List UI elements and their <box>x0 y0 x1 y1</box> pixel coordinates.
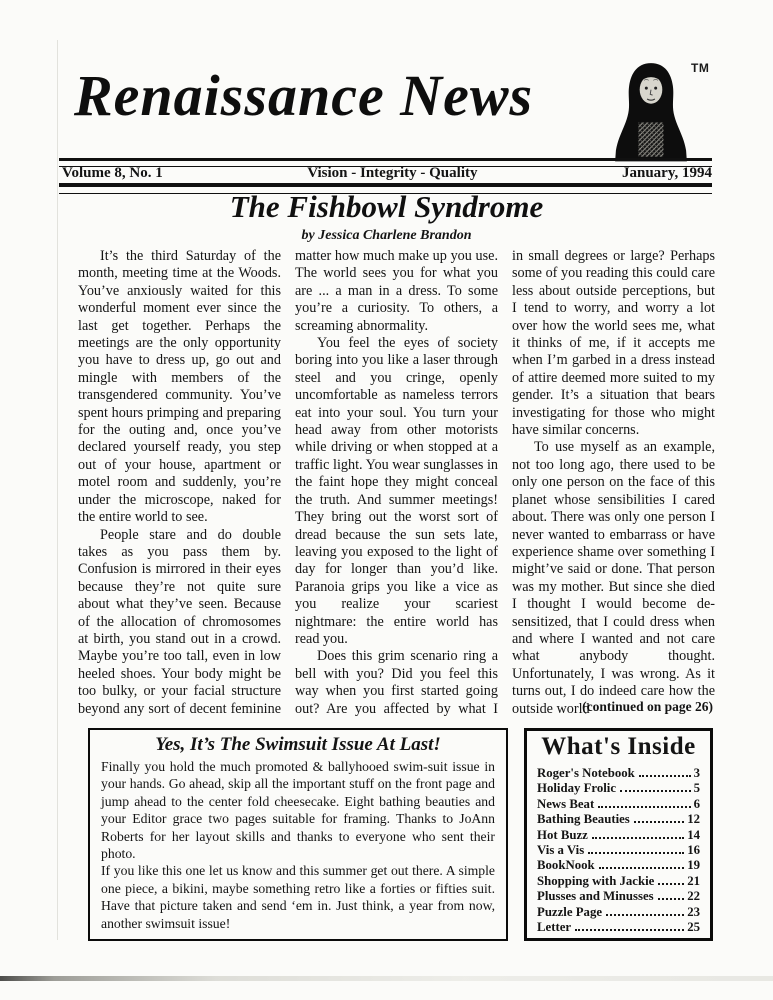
newsletter-title: Renaissance News <box>74 62 533 129</box>
toc-entry: Bathing Beauties12 <box>537 812 700 827</box>
toc-dot-leader <box>592 837 684 839</box>
toc-dot-leader <box>620 790 691 792</box>
article-body: It’s the third Saturday of the month, me… <box>78 248 715 718</box>
whats-inside-title: What's Inside <box>537 733 700 761</box>
toc-dot-leader <box>599 867 685 869</box>
toc-entry: Hot Buzz14 <box>537 828 700 843</box>
toc-dot-leader <box>658 883 684 885</box>
toc-entry: Letter25 <box>537 920 700 935</box>
toc-entry-label: Vis a Vis <box>537 843 584 858</box>
article-column-1: It’s the third Saturday of the month, me… <box>78 248 281 718</box>
article-paragraph: Does this grim scenario ring a bell with… <box>295 648 498 718</box>
toc-entry-label: Plusses and Minusses <box>537 889 654 904</box>
swimsuit-announcement-box: Yes, It’s The Swimsuit Issue At Last! Fi… <box>88 728 508 941</box>
continued-note: (continued on page 26) <box>582 699 713 715</box>
toc-dot-leader <box>634 821 684 823</box>
toc-dot-leader <box>639 775 691 777</box>
article-paragraph: in small degrees or large? Perhaps some … <box>512 248 715 439</box>
toc-entry-page-number: 22 <box>687 889 700 904</box>
scan-artifact-bottom-smudge <box>0 976 773 981</box>
toc-entry-label: Holiday Frolic <box>537 781 616 796</box>
mona-lisa-logo-icon <box>612 60 690 163</box>
toc-entry-page-number: 25 <box>687 920 700 935</box>
toc-dot-leader <box>575 929 684 931</box>
toc-entry-label: Letter <box>537 920 571 935</box>
article-title: The Fishbowl Syndrome <box>0 189 773 225</box>
toc-dot-leader <box>588 852 684 854</box>
newsletter-front-page: Renaissance News <box>0 0 773 1000</box>
toc-entry-label: News Beat <box>537 797 594 812</box>
toc-entry: Vis a Vis16 <box>537 843 700 858</box>
scan-artifact-left-edge <box>57 40 58 940</box>
toc-dot-leader <box>658 898 685 900</box>
volume-number: Volume 8, No. 1 <box>62 165 163 182</box>
article-byline: by Jessica Charlene Brandon <box>0 228 773 244</box>
article-paragraph: It’s the third Saturday of the month, me… <box>78 248 281 527</box>
trademark-symbol: TM <box>691 61 709 75</box>
toc-entry-page-number: 19 <box>687 858 700 873</box>
toc-dot-leader <box>606 914 684 916</box>
issue-info-bar: Volume 8, No. 1 Vision - Integrity - Qua… <box>62 164 712 183</box>
table-of-contents: Roger's Notebook3Holiday Frolic5News Bea… <box>537 766 700 935</box>
article-paragraph: You feel the eyes of society boring into… <box>295 335 498 648</box>
swimsuit-box-paragraph: If you like this one let us know and thi… <box>101 862 495 932</box>
toc-entry-label: BookNook <box>537 858 595 873</box>
toc-entry-page-number: 6 <box>694 797 700 812</box>
toc-entry: Shopping with Jackie21 <box>537 874 700 889</box>
toc-entry: Roger's Notebook3 <box>537 766 700 781</box>
toc-dot-leader <box>598 806 690 808</box>
toc-entry: News Beat6 <box>537 797 700 812</box>
article-paragraph: To use myself as an example, not too lon… <box>512 439 715 718</box>
toc-entry-page-number: 3 <box>694 766 700 781</box>
toc-entry: Puzzle Page23 <box>537 905 700 920</box>
whats-inside-box: What's Inside Roger's Notebook3Holiday F… <box>524 728 713 941</box>
toc-entry: BookNook19 <box>537 858 700 873</box>
toc-entry-page-number: 12 <box>687 812 700 827</box>
toc-entry-label: Roger's Notebook <box>537 766 635 781</box>
toc-entry-page-number: 16 <box>687 843 700 858</box>
toc-entry-label: Hot Buzz <box>537 828 588 843</box>
toc-entry-page-number: 14 <box>687 828 700 843</box>
swimsuit-box-title: Yes, It’s The Swimsuit Issue At Last! <box>101 734 495 756</box>
toc-entry-page-number: 5 <box>694 781 700 796</box>
article-column-3: in small degrees or large? Perhaps some … <box>512 248 715 718</box>
issue-date: January, 1994 <box>622 165 712 182</box>
swimsuit-box-body: Finally you hold the much promoted & bal… <box>101 758 495 932</box>
toc-entry-label: Puzzle Page <box>537 905 602 920</box>
toc-entry-label: Shopping with Jackie <box>537 874 654 889</box>
article-paragraph: matter how much make up you use. The wor… <box>295 248 498 335</box>
toc-entry-label: Bathing Beauties <box>537 812 630 827</box>
toc-entry: Plusses and Minusses22 <box>537 889 700 904</box>
article-column-2: matter how much make up you use. The wor… <box>295 248 498 718</box>
swimsuit-box-paragraph: Finally you hold the much promoted & bal… <box>101 758 495 862</box>
toc-entry: Holiday Frolic5 <box>537 781 700 796</box>
article-paragraph: People stare and do double takes as you … <box>78 527 281 719</box>
toc-entry-page-number: 23 <box>687 905 700 920</box>
newsletter-motto: Vision - Integrity - Quality <box>307 165 477 182</box>
toc-entry-page-number: 21 <box>687 874 700 889</box>
